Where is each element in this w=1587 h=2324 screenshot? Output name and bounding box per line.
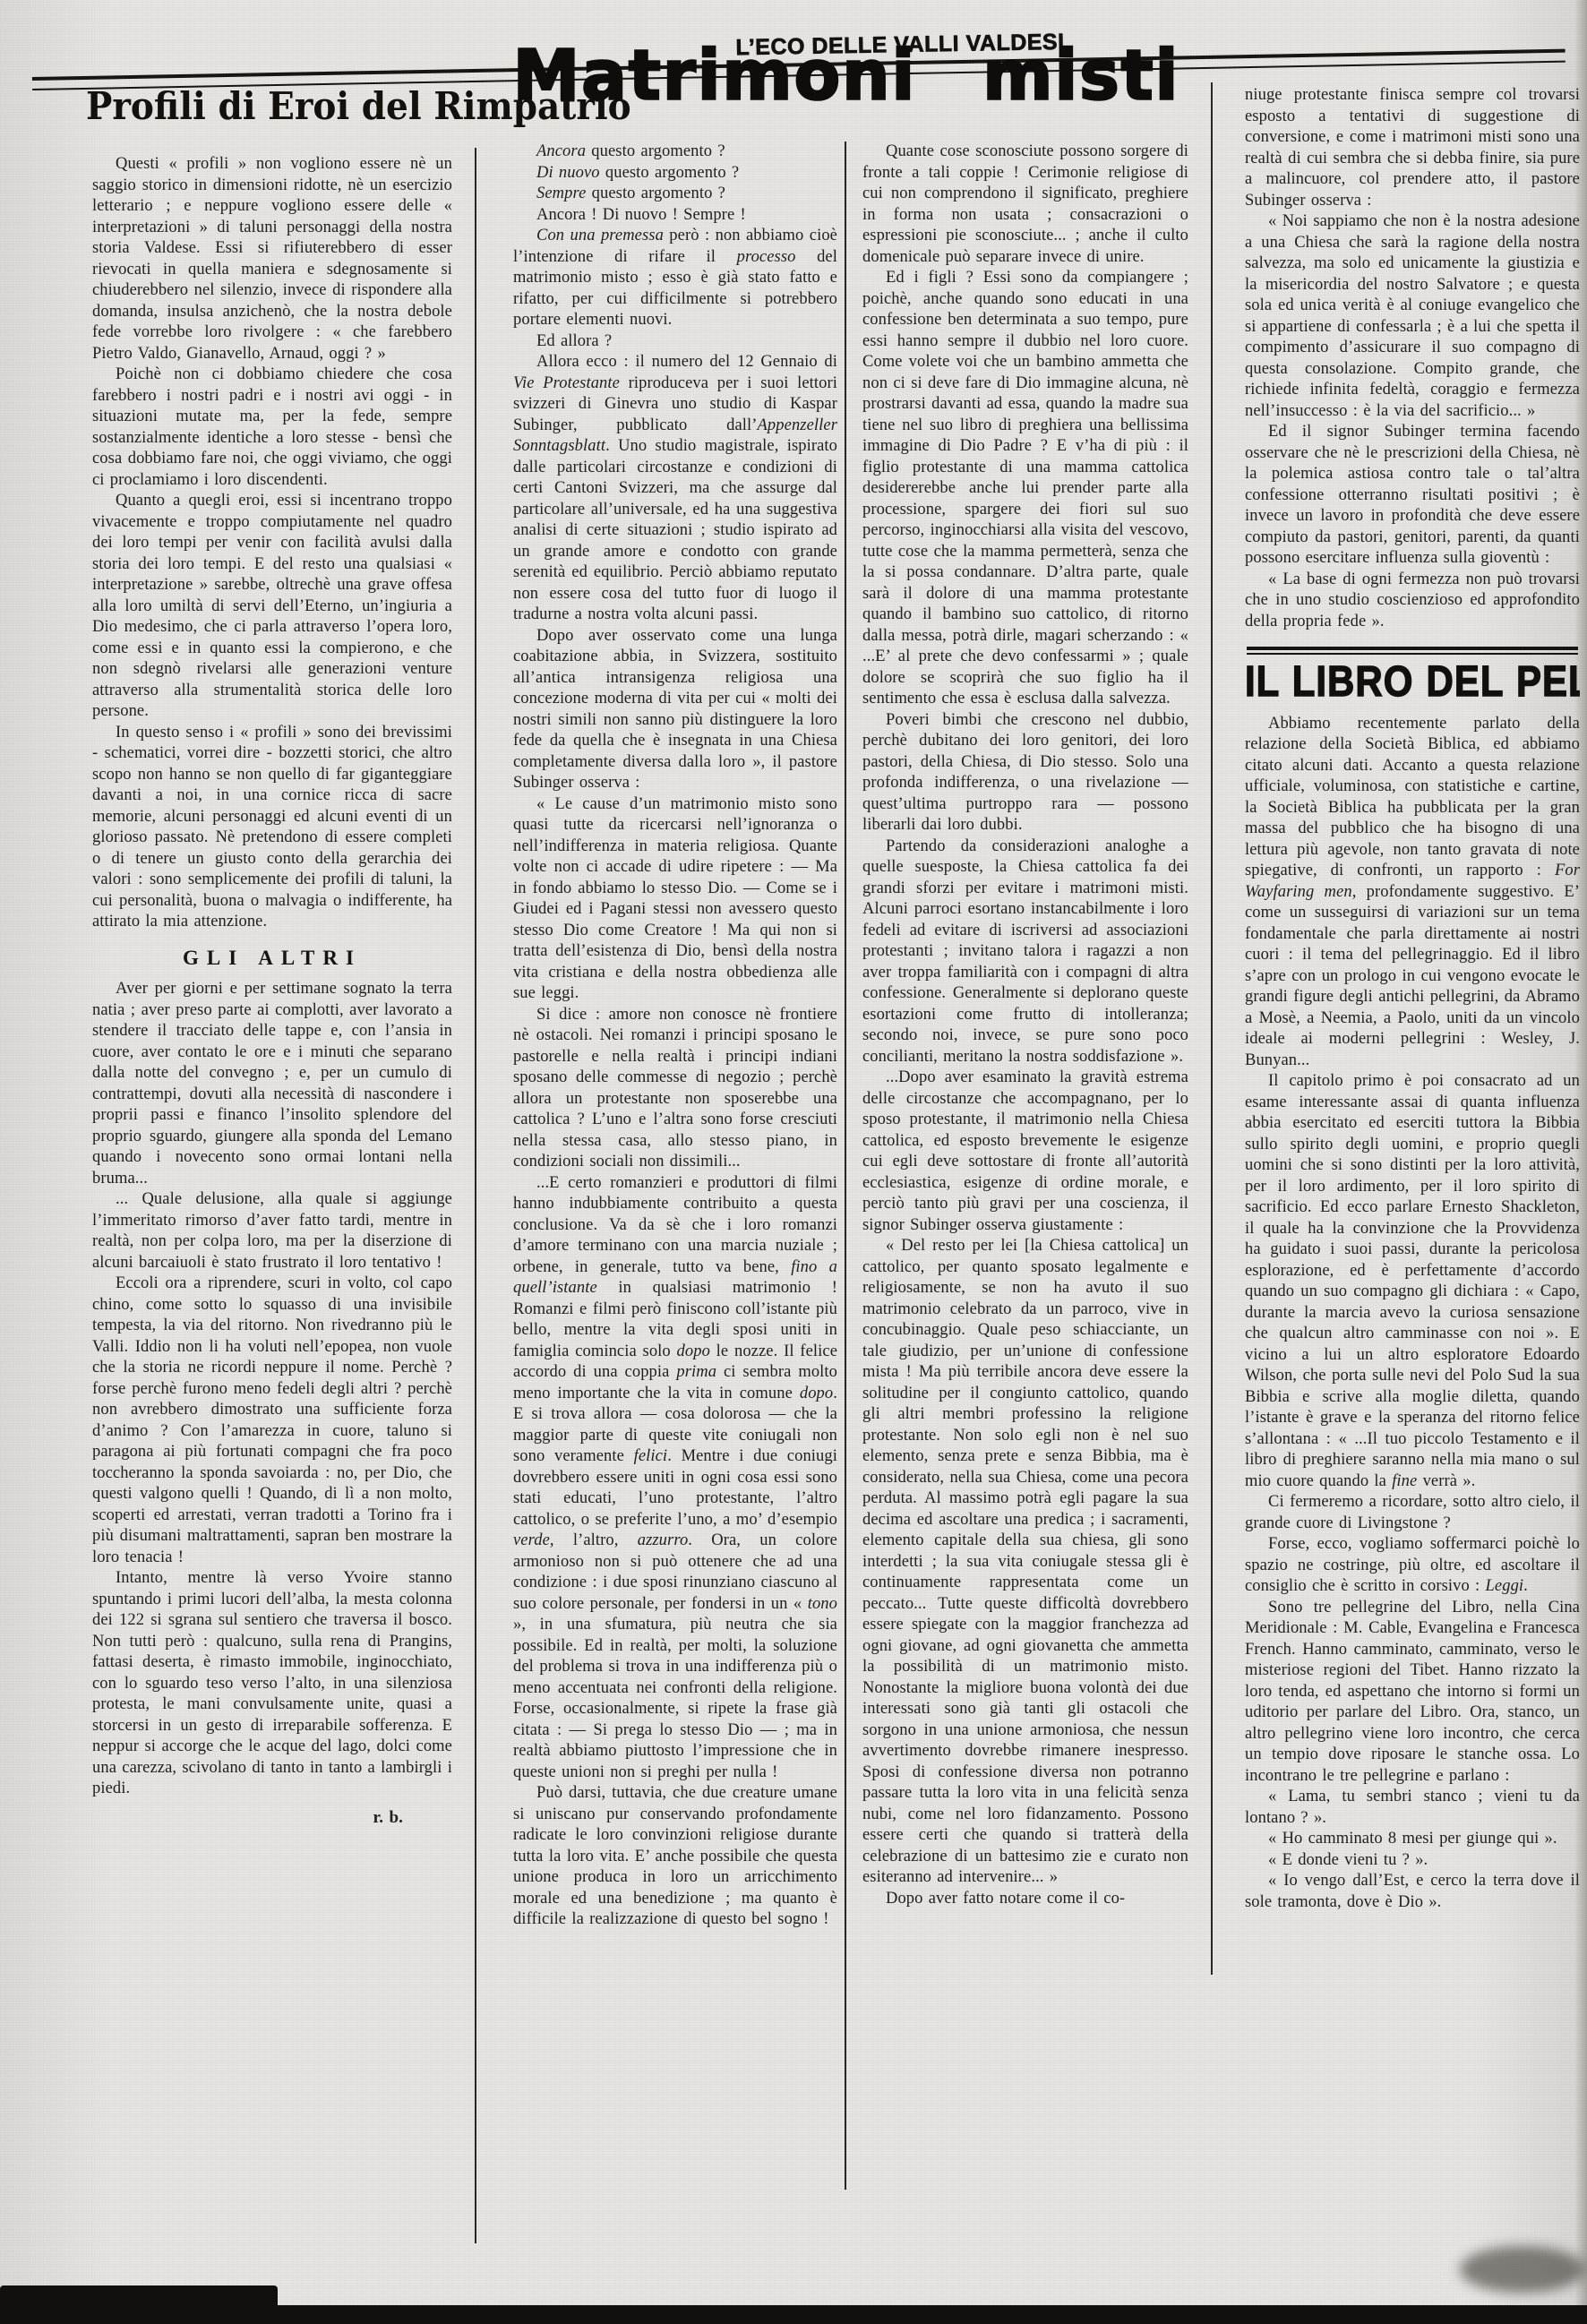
paragraph: Può darsi, tuttavia, che due creature um… [513, 1783, 837, 1931]
bottom-scan-bar [0, 2305, 1587, 2324]
paragraph: « E donde vieni tu ? ». [1245, 1850, 1580, 1872]
paragraph: « Ho camminato 8 mesi per giunge qui ». [1245, 1829, 1580, 1850]
profili-intro: Questi « profili » non vogliono essere n… [92, 154, 452, 933]
paragraph: Dopo aver osservato come una lunga coabi… [513, 626, 837, 794]
paragraph: « Noi sappiamo che non è la nostra adesi… [1245, 211, 1580, 422]
paragraph: Intanto, mentre là verso Yvoire stanno s… [92, 1568, 452, 1800]
paragraph: Si dice : amore non conosce nè frontiere… [513, 1005, 837, 1173]
column-divider [1211, 82, 1213, 1975]
paragraph: Eccoli ora a riprendere, scuri in volto,… [92, 1273, 452, 1568]
paragraph: Con una premessa però : non abbiamo cioè… [513, 226, 837, 331]
paragraph: Ed il signor Subinger termina facendo os… [1245, 422, 1580, 570]
paragraph: « Io vengo dall’Est, e cerco la terra do… [1245, 1871, 1580, 1913]
paragraph: Ancora questo argomento ? [513, 141, 837, 163]
column-divider [475, 148, 476, 2243]
column-profili: Questi « profili » non vogliono essere n… [92, 154, 452, 2217]
paragraph: Ancora ! Di nuovo ! Sempre ! [513, 205, 837, 227]
paragraph: Partendo da considerazioni analoghe a qu… [862, 836, 1188, 1068]
paragraph: Ci fermeremo a ricordare, sotto altro ci… [1245, 1492, 1580, 1534]
matrimoni-continuation: niuge protestante finisca sempre col tro… [1245, 85, 1580, 632]
paragraph: Allora ecco : il numero del 12 Gennaio d… [513, 352, 837, 626]
paragraph: Il capitolo primo è poi consacrato ad un… [1245, 1071, 1580, 1492]
paragraph: Sono tre pellegrine del Libro, nella Cin… [1245, 1598, 1580, 1788]
article-pellegrino-title: IL LIBRO DEL PELLEGRINO [1245, 669, 1580, 693]
article-profili-title: Profili di Eroi del Rimpatrio [86, 84, 459, 129]
paragraph: niuge protestante finisca sempre col tro… [1245, 85, 1580, 211]
article-matrimoni-title: Matrimoni misti [497, 35, 1196, 116]
paragraph: ...E certo romanzieri e produttori di fi… [513, 1173, 837, 1784]
paragraph: Poveri bimbi che crescono nel dubbio, pe… [862, 710, 1188, 836]
paragraph: Questi « profili » non vogliono essere n… [92, 154, 452, 364]
paragraph: Di nuovo questo argomento ? [513, 163, 837, 184]
paragraph: Quante cose sconosciute possono sorgere … [862, 141, 1188, 268]
paragraph: Abbiamo recentemente parlato della relaz… [1245, 714, 1580, 1072]
paragraph: Quanto a quegli eroi, essi si incentrano… [92, 491, 452, 723]
paragraph: Ed allora ? [513, 331, 837, 353]
section-divider [1247, 647, 1578, 655]
paragraph: In questo senso i « profili » sono dei b… [92, 723, 452, 933]
paragraph: Poichè non ci dobbiamo chiedere che cosa… [92, 364, 452, 491]
column-right: niuge protestante finisca sempre col tro… [1245, 85, 1580, 1979]
scan-edge-shadow [1574, 0, 1587, 2324]
column-matrimoni-left: Ancora questo argomento ?Di nuovo questo… [513, 141, 837, 2212]
article-signature: r. b. [92, 1807, 452, 1829]
subheading-gli-altri: GLI ALTRI [92, 948, 452, 969]
paragraph: « Del resto per lei [la Chiesa cattolica… [862, 1236, 1188, 1889]
column-matrimoni-right: Quante cose sconosciute possono sorgere … [862, 141, 1188, 2212]
scan-artifact [1460, 2246, 1585, 2293]
paragraph: « La base di ogni fermezza non può trova… [1245, 570, 1580, 633]
pellegrino-body: Abbiamo recentemente parlato della relaz… [1245, 714, 1580, 1914]
column-divider [845, 141, 846, 2190]
paragraph: Aver per giorni e per settimane sognato … [92, 979, 452, 1189]
paragraph: Dopo aver fatto notare come il co- [862, 1889, 1188, 1910]
newspaper-page: L’ECO DELLE VALLI VALDESI Profili di Ero… [0, 0, 1587, 2324]
profili-body: Aver per giorni e per settimane sognato … [92, 979, 452, 1800]
paragraph: Sempre questo argomento ? [513, 184, 837, 205]
paragraph: « Le cause d’un matrimonio misto sono qu… [513, 794, 837, 1005]
paragraph: Forse, ecco, vogliamo soffermarci poichè… [1245, 1534, 1580, 1598]
paragraph: ...Dopo aver esaminato la gravità estrem… [862, 1068, 1188, 1236]
paragraph: « Lama, tu sembri stanco ; vieni tu da l… [1245, 1787, 1580, 1829]
paragraph: ... Quale delusione, alla quale si aggiu… [92, 1189, 452, 1273]
paragraph: Ed i figli ? Essi sono da compiangere ; … [862, 268, 1188, 710]
